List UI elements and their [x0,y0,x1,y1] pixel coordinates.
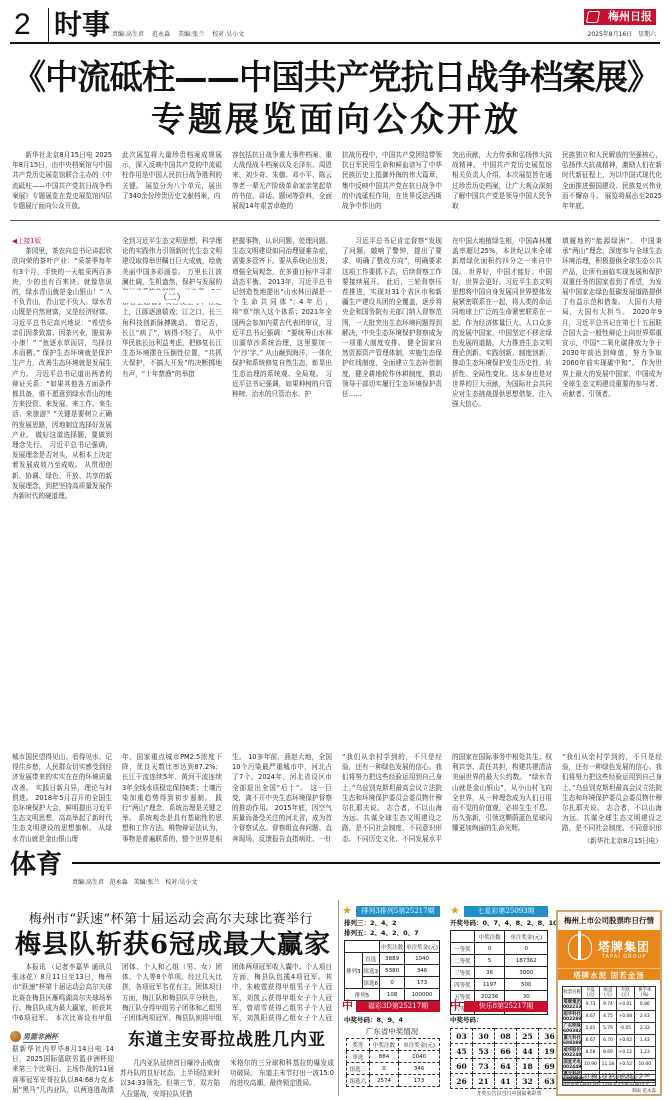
kl8-note: 开奖公告以当日中国福利彩票 [450,1091,568,1098]
stock-name: 嘉元科技688388 [563,1035,582,1047]
header-cell: 中奖注数 [380,941,405,953]
fc3d-subtitle: 广东省中奖情况 [344,1026,440,1037]
cell: 25 [517,1029,539,1044]
cell: 一等奖 [451,943,475,955]
paragraph: 习近平总书记肯定督察“发现了问题，敲响了警钟，提出了要求，明确了整改方向”，明确… [342,236,442,399]
cell: 0 [380,977,405,989]
cell: 4.75 [599,1011,616,1023]
label: 开奖号码： [450,919,483,927]
cell: 3889 [380,953,405,965]
table-row: 三等奖363000 [451,967,548,979]
table-row: 嘉元科技6883886.676.70+0.021.43 [563,1035,656,1047]
fc3d-title: 福彩3D第25217期 [356,1001,440,1012]
sponsor-name: 塔牌集团 [598,938,650,955]
cell: 45 [451,1044,473,1059]
paper-logo-icon [586,11,600,23]
numbers: 2、4、2 [370,919,397,927]
golf-col-1: 本报讯 （记者李嘉华 通讯员张冰花）8月11日至13日，梅州市“跃速”杯第十届运… [12,962,112,1022]
header-cell: 中奖注数 [369,1039,398,1051]
credit: 美编:张兰 [178,31,204,38]
cell: 5.81 [582,1023,599,1035]
cell: 0.86 [634,999,655,1011]
table-row: 广东明珠6003825.815.79-0.052.33 [563,1023,656,1035]
cont-col-4: 习近平总书记肯定督察“发现了问题，敲响了警钟，提出了要求，明确了整改方向”，明确… [342,236,442,750]
credit: 校对:吴小文 [165,879,197,886]
paragraph: 团体、个人和乙组（男、女）团体、个人等8个单项。经过几天比拼，各项冠军名花有主。… [122,962,222,1022]
label: 排列三： [344,919,370,927]
header-cell: 升跌(元) [617,987,634,999]
header-cell: 单注奖金(元) [505,931,548,943]
cell: 18 [517,1059,539,1074]
cell: 6.67 [582,1035,599,1047]
cell: 66 [495,1044,517,1059]
masthead: 2 时事 责编:高生君范永淼美编:张兰校对:吴小文 梅州日报 2025年8月16… [10,0,662,44]
cell: 187362 [505,955,548,967]
column-divider [338,900,339,1096]
cell: 500 [505,979,548,991]
cell: 2574 [369,1075,398,1087]
stock-title: 梅州上市公司股票昨日行情 [558,912,660,930]
table-row: 排列5108100000 [345,989,440,1001]
cell: 108 [380,989,405,1001]
table-row: 0330082536 [451,1029,561,1044]
cell: 10.90 [582,1059,599,1071]
qxc-draw: 开奖号码：0、7、4、8、2、8、10 [450,919,558,928]
cell: 5.79 [599,1023,616,1035]
sports-rule [72,862,660,864]
cell: 二等奖 [451,955,475,967]
header-cell: 收盘(元) [599,987,616,999]
paragraph: 填履地的“能源绿洲”。 中国秉承“两山”理念，深度参与全球生态环境治理，积极提供… [562,236,662,399]
numbers: 8、9、4 [377,1016,404,1024]
tag-label: 男篮非洲杯 [23,1032,58,1043]
editor-credits: 责编:高生君范永淼美编:张兰校对:吴小文 [112,29,252,38]
table-row: 中奖注数单注奖金(元) [345,941,440,953]
paragraph: 本报讯 （记者李嘉华 通讯员张冰花）8月11日至13日，梅州市“跃速”杯第十届运… [12,962,112,1022]
paragraph: 年，国家重点城市PM2.5浓度下降，优良天数比率达到87.2%；长江干流连续5年… [122,752,222,844]
divider [48,8,49,42]
star-icon: ★ [450,905,462,917]
golf-col-3: 团体两项冠军收入囊中。个人项目方面，梅县队包揽4项冠军。其中，朱峻霆获得甲组男子… [232,962,332,1022]
table-row: 组选三0346 [347,1063,440,1075]
table-maker: 制表 范永淼 [632,1088,656,1094]
cont-col-5: 在中国大地植绿生根，中国森林覆盖率超过25%，本世纪以来全球新增绿化面积约四分之… [452,236,552,750]
africa-cup-tag: 男篮非洲杯 [10,1030,110,1044]
cell: 单选 [347,1051,370,1063]
table-row: 四等奖1197500 [451,979,548,991]
paper-name: 梅州日报 [608,10,652,23]
cont-lower-col-1: 城市国民望得见山、看得见水、记得住乡愁，人民群众切实感受到经济发展带来的实实在在… [12,752,112,844]
cell: 21 [473,1074,495,1089]
page-number: 2 [14,10,31,40]
golf-kicker: 梅州市“跃速”杯第十届运动会高尔夫球比赛举行 [10,908,332,927]
label: 中奖号码： [344,1016,377,1024]
paragraph: 据新华社内罗毕8月14日电 14日，2025国际篮联男篮非洲杯迎来第三个比赛日。… [12,1044,114,1096]
stock-name: 国星光电002449 [563,1059,582,1071]
cell: 5 [474,955,505,967]
numbers: 2、4、2、0、7 [370,929,419,937]
cell: 884 [369,1051,398,1063]
table-row: 奖等中奖注数单注奖金(元) [347,1039,440,1051]
note: 开奖公告以当日中国福利彩票 [476,1091,541,1097]
cell: 8.69 [599,1047,616,1059]
cell: +0.02 [617,1035,634,1047]
cont-col-2: 全到习近平生态文明思想，科学理论的实践伟力引领新时代生态文明建设取得举世瞩目巨大… [122,236,222,750]
code: 002240 [563,1053,581,1058]
header-cell: 换手率(%) [634,987,655,999]
table-row: 排列3直选38891040 [345,953,440,965]
basket-col-1: 据新华社内罗毕8月14日电 14日，2025国际篮联男篮非洲杯迎来第三个比赛日。… [12,1044,114,1096]
star-icon: ★ [342,905,354,917]
table-header: 股票名称开盘(元)收盘(元)升跌(元)换手率(%) [563,987,656,999]
tower-logo-icon [568,934,592,960]
pl35-table: 中奖注数单注奖金(元) 排列3直选38891040 组选35380346 组选6… [344,940,440,1001]
paragraph: 茶园里，茶农向总书记讲起欣欣向荣的茶叶产业：“采茶季每年有3个月，手快的一天能采… [12,246,112,501]
header-cell: 单注奖金(元) [405,941,440,953]
code: 688388 [563,1041,581,1046]
cont-lower-col-2: 年，国家重点城市PM2.5浓度下降，优良天数比率达到87.2%；长江干流连续5年… [122,752,222,844]
date: 2025年8月16日 [588,31,633,38]
cont-col-6: 填履地的“能源绿洲”。 中国秉承“两山”理念，深度参与全球生态环境治理，积极提供… [562,236,662,750]
credit: 范永淼 [110,879,128,886]
cell: 组选六 [347,1075,370,1087]
credit: 责编:高生君 [72,879,104,886]
cont-col-1: ◀上接1版 茶园里，茶农向总书记讲起欣欣向荣的茶叶产业：“采茶季每年有3个月，手… [12,236,112,750]
lead-col-6: 民族独立和人民解放的坚强核心，弘扬伟大抗战精神，激励人们在新时代新征程上，为以中… [562,150,662,212]
cell: 2.33 [634,1023,655,1035]
paragraph: 几内亚队延续首日爆冷击败南苏丹队的良好状态，上半场结束时以34:33领先。但第三… [120,1058,220,1098]
paragraph: 此次展览将大量珍贵档案成规展示，深入反映中国共产党的中流砥柱作用是中国人民抗日战… [122,150,222,201]
cell: +0.01 [617,999,634,1011]
fc3d-draw: 中奖号码：8、9、4 [344,1016,403,1025]
cell: 30 [473,1029,495,1044]
table-row: 二等奖5187362 [451,955,548,967]
cell: +0.12 [617,1047,634,1059]
paragraph: 容包括抗日战争重大事件档案、重大战役战斗档案以及毛泽东、周恩来、刘少奇、朱德、邓… [232,150,332,211]
paragraph: 全到习近平生态文明思想，科学理论的实践伟力引领新时代生态文明建设取得举世瞩目巨大… [122,236,222,379]
cell: 6.70 [599,1035,616,1047]
sponsor-slogan: 塔牌水泥 固若金汤 [558,968,660,981]
jump-label[interactable]: ◀上接1版 [12,236,112,246]
cell: 36 [474,967,505,979]
cell: 1.23 [634,1047,655,1059]
pl3-line: 排列三：2、4、2 [344,919,397,928]
stock-name: 塔牌集团002233 [563,999,582,1011]
paragraph: “我们从余村学到的，不只是经验，还有一种绿色发展的信心。我们将努力把这些经验运用… [562,752,662,834]
header-cell: 股票名称 [563,987,582,999]
issue-date: 2025年8月16日 星期六 [588,29,656,38]
lead-col-5: 突出贡献，大力传承和弘扬伟大抗战精神。 中国共产党历史展览馆相关负责人介绍，本次… [452,150,552,212]
welfare-lottery-icon: 中 [342,1000,354,1012]
cell: 8.58 [582,1047,599,1059]
cell: 346 [405,965,440,977]
table-row: 4553664419 [451,1044,561,1059]
dateline: （新华社北京8月15日电） [562,836,662,846]
cell: 100000 [405,989,440,1001]
fc3d-table: 奖等中奖注数单注奖金(元) 单选8841040 组选三0346 组选六25741… [346,1038,440,1087]
credit: 美编:张兰 [134,879,160,886]
cell: 组选3 [362,965,380,977]
cont-lower-col-3: 生。 10多年前，燕赵大地，全国10个污染最严重城市中，河北占了7个。2024年… [232,752,332,844]
cell: 10.00 [634,1059,655,1071]
lead-col-3: 容包括抗日战争重大事件档案、重大战役战斗档案以及毛泽东、周恩来、刘少奇、朱德、邓… [232,150,332,212]
cell: 9.73 [582,999,599,1011]
paragraph: 团体两项冠军收入囊中。个人项目方面，梅县队包揽4项冠军。其中，朱峻霆获得甲组男子… [232,962,332,1022]
kl8-numbers-grid: 0330082536 4553664419 6073641869 2621413… [450,1028,561,1089]
table-row: 2621413263 [451,1074,561,1089]
cell: 64 [495,1059,517,1074]
cell: 四等奖 [451,979,475,991]
paragraph: 抗战历程中，中国共产党团结带领抗日军民用生命和鲜血谱写了中华民族历史上抵御外侮的… [342,150,442,211]
paragraph: 生。 10多年前，燕赵大地，全国10个污染最严重城市中，河北占了7个。2024年… [232,752,332,844]
index-shenzhen: 深证成指:11635 涨跌:+190 成交金额:12907亿元 [562,1080,656,1086]
cell: 26 [451,1074,473,1089]
table-row: 单选8841040 [347,1051,440,1063]
stock-name: 广东明珠600382 [563,1023,582,1035]
masthead-rule [10,42,660,44]
cell: 2.43 [634,1011,655,1023]
sponsor-name-en: TAPAI GROUP [602,954,646,960]
header-cell: 中奖注数 [474,931,505,943]
stock-name: 超华科技002288 [563,1011,582,1023]
cell: 组选三 [347,1063,370,1075]
credit: 校对:吴小文 [212,31,244,38]
cell: 44 [517,1044,539,1059]
cell: 5380 [380,965,405,977]
basket-col-2: 几内亚队延续首日爆冷击败南苏丹队的良好状态，上半场结束时以34:33领先。但第三… [120,1058,220,1098]
lead-headline-line2: 专题展览面向公众开放 [0,100,672,140]
header-cell: 奖等 [347,1039,370,1051]
pl35-title: 排列3排列5第25217期 [356,906,440,917]
sports-credits: 责编:高生君 范永淼 美编:张兰 校对:吴小文 [72,877,197,886]
cell: 03 [451,1029,473,1044]
stock-table: 股票名称开盘(元)收盘(元)升跌(元)换手率(%) 塔牌集团0022339.73… [562,986,656,1083]
basketball-headline: 东道主安哥拉战胜几内亚 [118,1029,336,1051]
cell: 排列3 [345,953,363,989]
cell: 0 [474,943,505,955]
paragraph: 米格尔的三分球和科基拉的爆发成功破局。 东道主末节打出一波15:0的进攻高潮，最… [230,1058,334,1089]
cell: 32 [517,1074,539,1089]
paper-logo: 梅州日报 [584,9,656,25]
cell: 1040 [399,1051,440,1063]
cell: 3000 [505,967,548,979]
paragraph: 把握事物，认识问题、处理问题。生态文明建设如同治理疑难杂症，需要多管齐下。要从系… [232,236,332,399]
pl5-line: 排列五：2、4、2、0、7 [344,929,419,938]
sponsor-banner: 塔牌集团 TAPAI GROUP 塔牌水泥 固若金汤 [558,930,660,980]
cell: +0.08 [617,1011,634,1023]
table-row: 中奖注数单注奖金(元) [451,931,548,943]
cell: 9.74 [599,999,616,1011]
paragraph: 民族独立和人民解放的坚强核心，弘扬伟大抗战精神，激励人们在新时代新征程上，为以中… [562,150,662,211]
golf-col-2: 团体、个人和乙组（男、女）团体、个人等8个单项。经过几天比拼，各项冠军名花有主。… [122,962,222,1022]
cell: 1.43 [634,1035,655,1047]
credit: 责编:高生君 [112,31,144,38]
label: 排列五： [344,929,370,937]
lead-col-4: 抗战历程中，中国共产党团结带领抗日军民用生命和鲜血谱写了中华民族历史上抵御外侮的… [342,150,442,212]
cell: 直选 [362,953,380,965]
header-cell: 单注奖金(元) [399,1039,440,1051]
cont-col-3: 把握事物，认识问题、处理问题。生态文明建设如同治理疑难杂症，需要多管齐下。要从系… [232,236,332,750]
numbers: 0、7、4、8、2、8、10 [483,919,558,927]
kl8-draw-label: 中奖号码： [450,1016,483,1025]
table-row: 塔牌集团0022339.739.74+0.010.86 [563,999,656,1011]
cell: 60 [451,1059,473,1074]
code: 002449 [563,1065,581,1070]
lead-col-2: 此次展览将大量珍贵档案成规展示，深入反映中国共产党的中流砥柱作用是中国人民抗日战… [122,150,222,212]
code: 600382 [563,1029,581,1034]
cell: 11.18 [599,1059,616,1071]
cell: -0.05 [617,1023,634,1035]
basket-col-3: 米格尔的三分球和科基拉的爆发成功破局。 东道主末节打出一波15:0的进攻高潮，最… [230,1058,334,1098]
cont-lower-col-6: “我们从余村学到的，不只是经验，还有一种绿色发展的信心。我们将努力把这些经验运用… [562,752,662,834]
table-row: 组选六2574173 [347,1075,440,1087]
cell: 组选6 [362,977,380,989]
table-row: 超华科技0022884.674.75+0.082.43 [563,1011,656,1023]
cell: 三等奖 [451,967,475,979]
stock-panel: 梅州上市公司股票昨日行情 塔牌集团 TAPAI GROUP 塔牌水泥 固若金汤 … [556,910,662,1096]
cell: 53 [473,1044,495,1059]
cell: +0.52 [617,1059,634,1071]
qxc-title: 七星彩第25093期 [464,906,548,917]
cell: 1040 [405,953,440,965]
credit: 范永淼 [152,31,170,38]
kl8-title: 快乐8第25217期 [464,1001,548,1012]
cell: 41 [495,1074,517,1089]
section-divider [10,220,660,221]
stock-name: 威华股份002240 [563,1047,582,1059]
sub-heading: （二） [122,290,222,303]
cell: 4.67 [582,1011,599,1023]
cell: 73 [473,1059,495,1074]
paragraph: 突出贡献，大力传承和弘扬伟大抗战精神。 中国共产党历史展览馆相关负责人介绍，本次… [452,150,552,211]
cell: 173 [405,977,440,989]
lead-headline-line1: 《中流砥柱——中国共产党抗日战争档案展》 [7,58,666,98]
sports-section-title: 体育 [10,850,62,880]
basketball-icon [10,1031,21,1042]
table-row: 威华股份0022408.588.69+0.121.23 [563,1047,656,1059]
section-title: 时事 [54,10,110,40]
weekday: 星期六 [638,31,656,38]
byline: （新华社北京8月15日电） [562,836,662,848]
code: 002233 [563,1005,581,1010]
welfare-lottery-icon: 中 [450,1000,462,1012]
lead-col-1: 新华社北京8月15日电 2025年8月15日，由中央档案馆与中国共产党历史展览馆… [12,150,112,212]
cell: 346 [399,1063,440,1075]
cell: 173 [399,1075,440,1087]
cell: 1197 [474,979,505,991]
cont-lower-col-45: “我们从余村学到的，不只是经验，还有一种绿色发展的信心。我们将努力把这些经验运用… [342,752,552,844]
cell: 0 [505,943,548,955]
paragraph: 在中国大地植绿生根，中国森林覆盖率超过25%，本世纪以来全球新增绿化面积约四分之… [452,236,552,409]
cell: 08 [495,1029,517,1044]
table-row: 一等奖00 [451,943,548,955]
paragraph: 城市国民望得见山、看得见水、记得住乡愁，人民群众切实感受到经济发展带来的实实在在… [12,752,112,844]
code: 002288 [563,1017,581,1022]
header-cell: 开盘(元) [582,987,599,999]
paragraph: “我们从余村学到的，不只是经验，还有一种绿色发展的信心。我们将努力把这些经验运用… [342,752,552,844]
cell: 0 [369,1063,398,1075]
paragraph: 新华社北京8月15日电 2025年8月15日，由中央档案馆与中国共产党历史展览馆… [12,150,112,211]
table-row: 6073641869 [451,1059,561,1074]
golf-headline: 梅县队斩获6冠成最大赢家 [10,930,336,960]
table-row: 国星光电00244910.9011.18+0.5210.00 [563,1059,656,1071]
